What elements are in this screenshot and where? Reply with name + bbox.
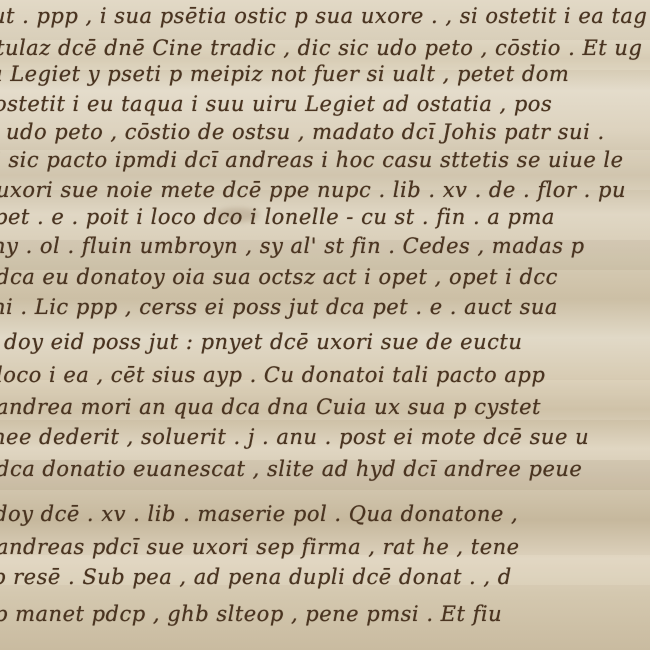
- manuscript-line: nee dederit , soluerit . j . anu . post …: [0, 425, 589, 449]
- manuscript-line: ni . Lic ppp , cerss ei poss jut dca pet…: [0, 295, 558, 319]
- manuscript-line: a Legiet y pseti p meipiz not fuer si ua…: [0, 62, 569, 86]
- manuscript-line: ny . ol . fluin umbroyn , sy al' st fin …: [0, 234, 585, 258]
- manuscript-line: udo peto , cōstio de ostsu , madato dcī …: [6, 120, 605, 144]
- manuscript-line: tulaz dcē dnē Cine tradic , dic sic udo …: [0, 36, 642, 60]
- manuscript-line: dca donatio euanescat , slite ad hyd dcī…: [0, 457, 582, 481]
- manuscript-line: dca eu donatoy oia sua octsz act i opet …: [0, 265, 558, 289]
- manuscript-line: ostetit i eu taqua i suu uiru Legiet ad …: [0, 92, 552, 116]
- manuscript-line: andrea mori an qua dca dna Cuia ux sua p…: [0, 395, 541, 419]
- manuscript-line: p resē . Sub pea , ad pena dupli dcē don…: [0, 565, 512, 589]
- manuscript-line: pet . e . poit i loco dco i lonelle - cu…: [0, 205, 555, 229]
- manuscript-line: i sic pacto ipmdi dcī andreas i hoc casu…: [0, 148, 624, 172]
- manuscript-line: doy eid poss jut : pnyet dcē uxori sue d…: [4, 330, 522, 354]
- manuscript-line: doy dcē . xv . lib . maserie pol . Qua d…: [0, 502, 518, 526]
- manuscript-line: loco i ea , cēt sius ayp . Cu donatoi ta…: [0, 363, 545, 387]
- manuscript-line: andreas pdcī sue uxori sep firma , rat h…: [0, 535, 520, 559]
- manuscript-line: p manet pdcp , ghb slteop , pene pmsi . …: [0, 602, 502, 626]
- manuscript-line: uxori sue noie mete dcē ppe nupc . lib .…: [0, 178, 626, 202]
- manuscript-line: ut . ppp , i sua psētia ostic p sua uxor…: [0, 4, 647, 28]
